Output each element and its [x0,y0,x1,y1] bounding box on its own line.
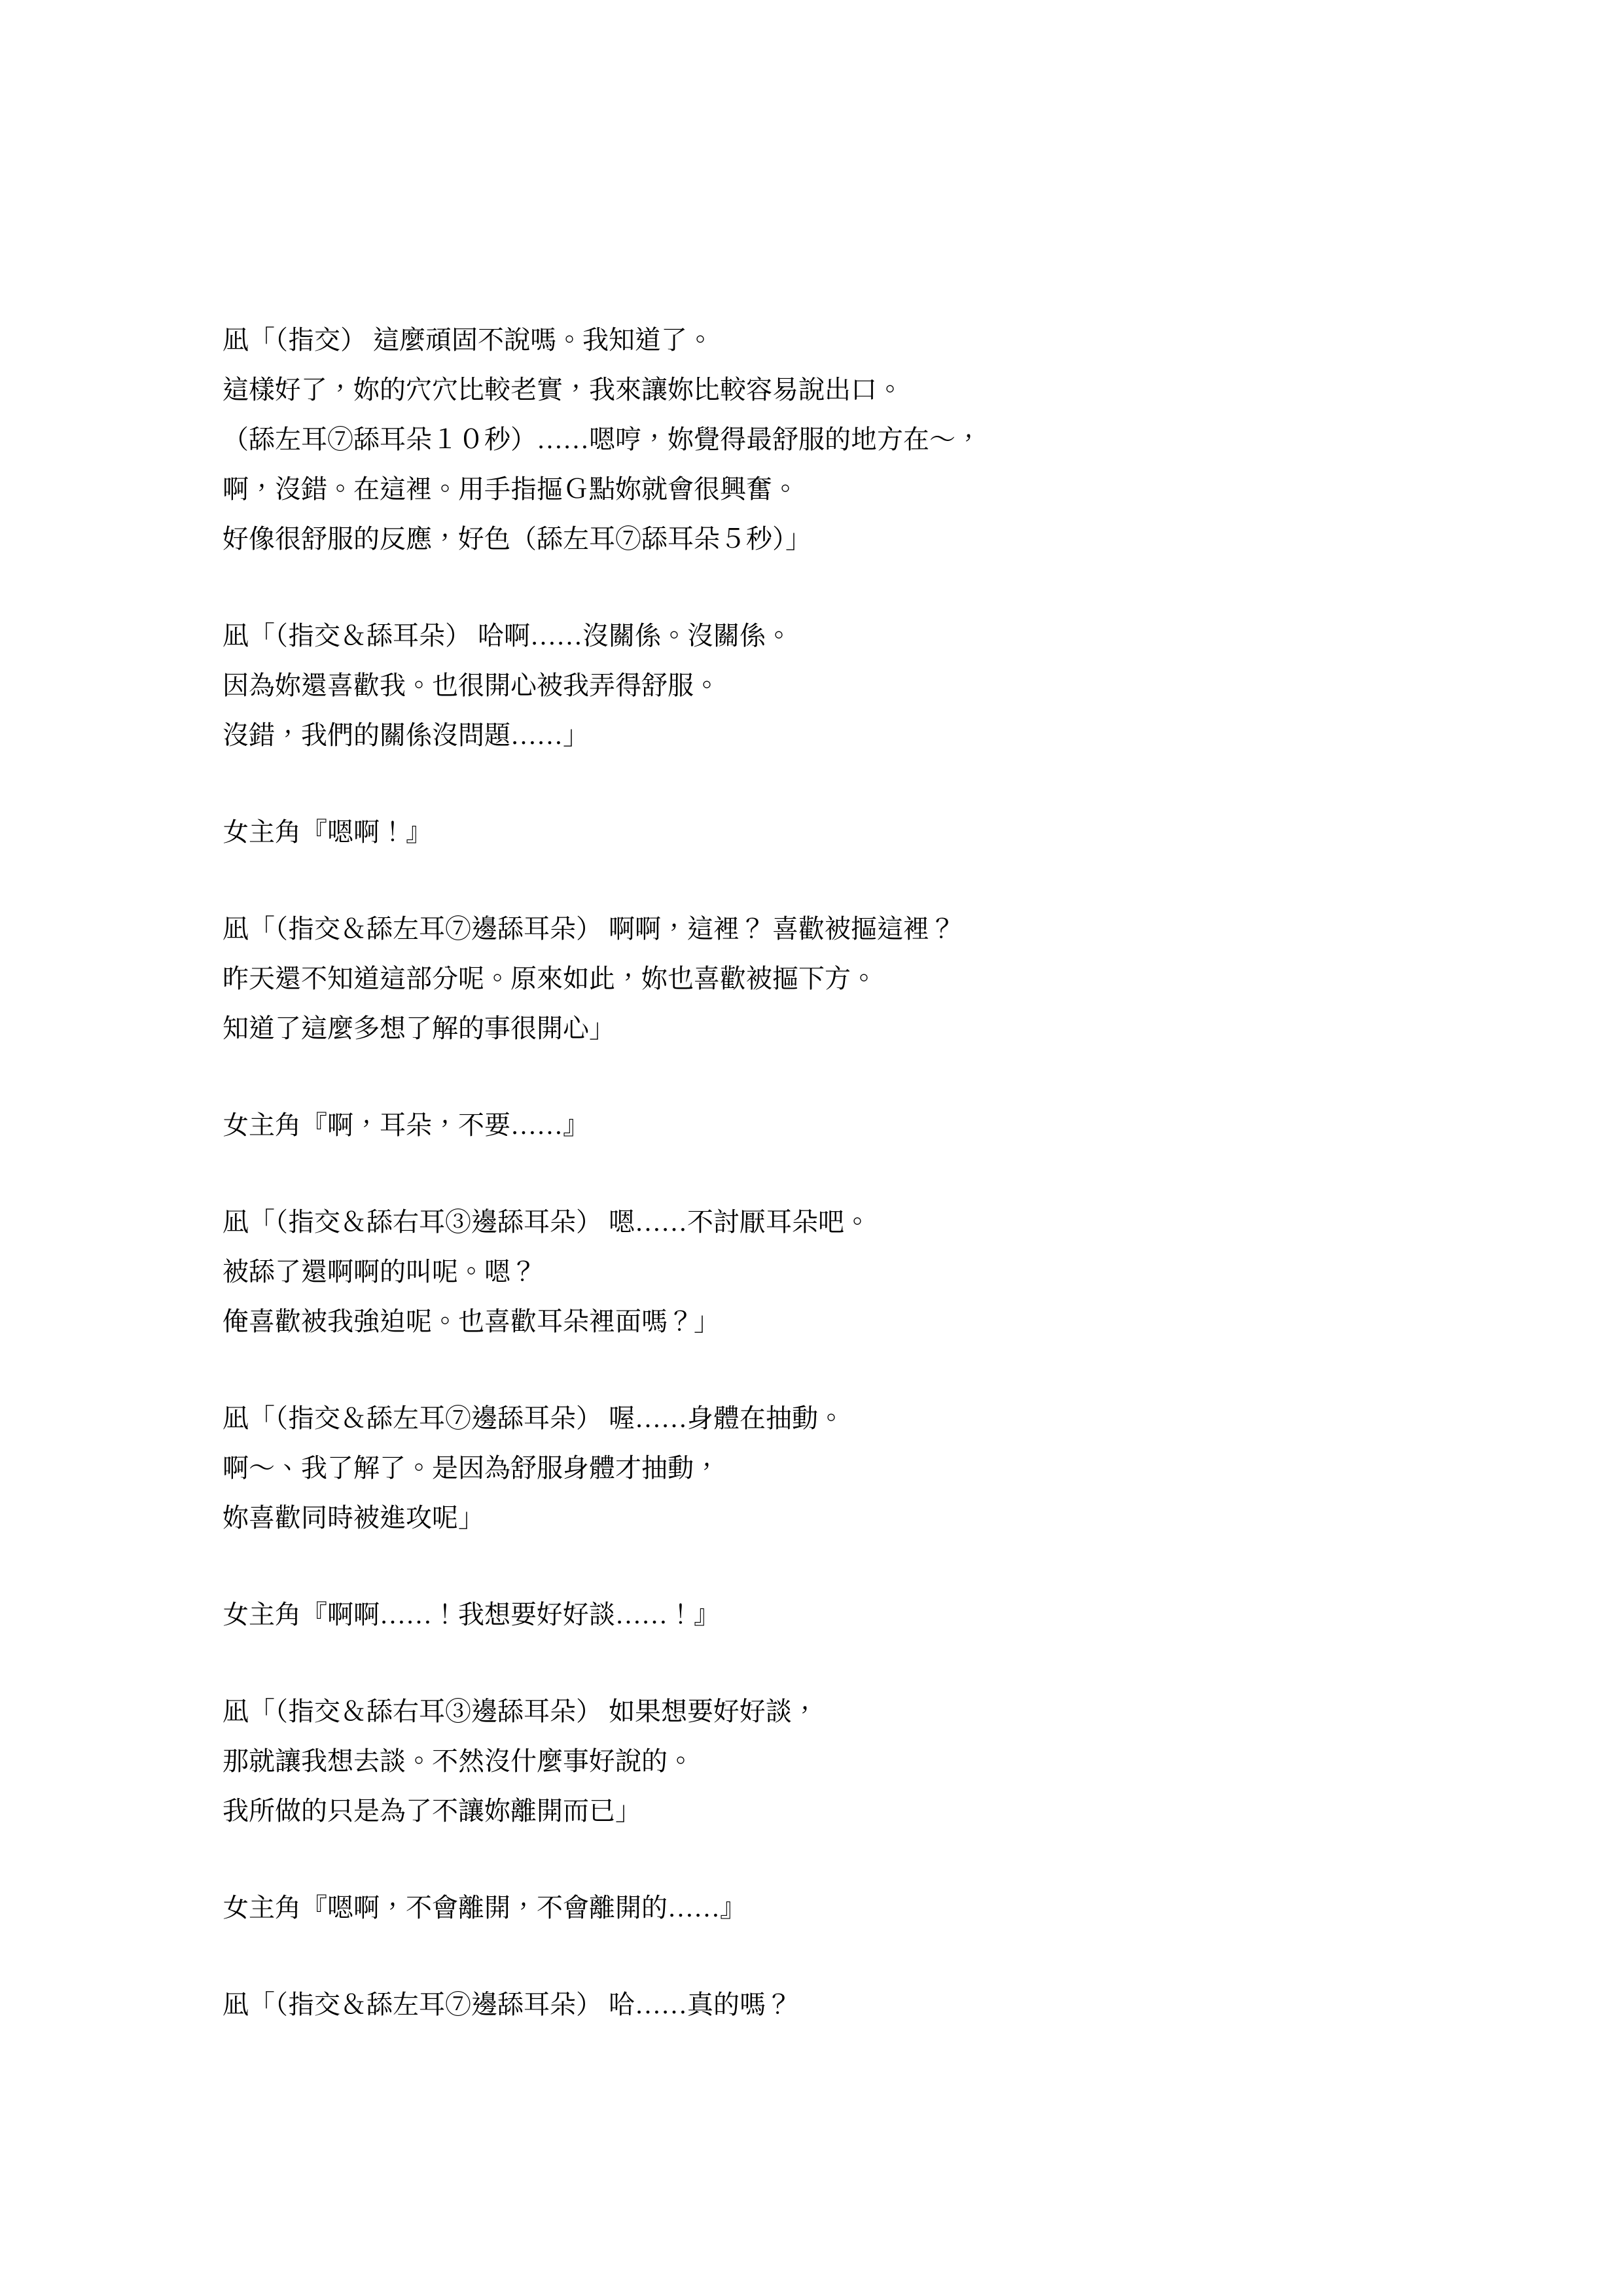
dialogue-line: 我所做的只是為了不讓妳離開而已」 [223,1786,1204,1836]
dialogue-paragraph: 女主角『啊，耳朵，不要……』 [223,1101,1204,1150]
dialogue-line: （舔左耳⑦舔耳朵１０秒）……嗯哼，妳覺得最舒服的地方在～， [223,415,1204,465]
text-content: 凪「（指交） 這麼頑固不說嗎。我知道了。 這樣好了，妳的穴穴比較老實，我來讓妳比… [223,315,1204,2030]
dialogue-line: 俺喜歡被我強迫呢。也喜歡耳朵裡面嗎？」 [223,1297,1204,1347]
dialogue-line: 女主角『嗯啊！』 [223,807,1204,857]
dialogue-paragraph: 凪「（指交＆舔左耳⑦邊舔耳朵） 哈……真的嗎？ [223,1980,1204,2030]
dialogue-line: 凪「（指交＆舔右耳③邊舔耳朵） 嗯……不討厭耳朵吧。 [223,1197,1204,1247]
dialogue-line: 知道了這麼多想了解的事很開心」 [223,1004,1204,1053]
dialogue-paragraph: 凪「（指交＆舔右耳③邊舔耳朵） 嗯……不討厭耳朵吧。 被舔了還啊啊的叫呢。嗯？ … [223,1197,1204,1347]
dialogue-line: 因為妳還喜歡我。也很開心被我弄得舒服。 [223,661,1204,711]
dialogue-line: 凪「（指交） 這麼頑固不說嗎。我知道了。 [223,315,1204,365]
dialogue-line: 凪「（指交＆舔左耳⑦邊舔耳朵） 啊啊，這裡？ 喜歡被摳這裡？ [223,904,1204,954]
dialogue-line: 這樣好了，妳的穴穴比較老實，我來讓妳比較容易說出口。 [223,365,1204,415]
dialogue-line: 妳喜歡同時被進攻呢」 [223,1493,1204,1543]
dialogue-line: 沒錯，我們的關係沒問題……」 [223,711,1204,760]
dialogue-line: 被舔了還啊啊的叫呢。嗯？ [223,1247,1204,1297]
dialogue-paragraph: 凪「（指交＆舔左耳⑦邊舔耳朵） 啊啊，這裡？ 喜歡被摳這裡？ 昨天還不知道這部分… [223,904,1204,1053]
dialogue-line: 女主角『啊，耳朵，不要……』 [223,1101,1204,1150]
dialogue-paragraph: 女主角『嗯啊，不會離開，不會離開的……』 [223,1883,1204,1933]
dialogue-line: 女主角『啊啊……！我想要好好談……！』 [223,1590,1204,1640]
dialogue-paragraph: 女主角『嗯啊！』 [223,807,1204,857]
dialogue-paragraph: 凪「（指交＆舔耳朵） 哈啊……沒關係。沒關係。 因為妳還喜歡我。也很開心被我弄得… [223,611,1204,760]
dialogue-line: 啊～、我了解了。是因為舒服身體才抽動， [223,1443,1204,1493]
dialogue-paragraph: 凪「（指交＆舔右耳③邊舔耳朵） 如果想要好好談， 那就讓我想去談。不然沒什麼事好… [223,1687,1204,1836]
dialogue-paragraph: 凪「（指交＆舔左耳⑦邊舔耳朵） 喔……身體在抽動。 啊～、我了解了。是因為舒服身… [223,1394,1204,1543]
dialogue-line: 啊，沒錯。在這裡。用手指摳Ｇ點妳就會很興奮。 [223,465,1204,514]
dialogue-line: 好像很舒服的反應，好色（舔左耳⑦舔耳朵５秒）」 [223,514,1204,564]
dialogue-line: 那就讓我想去談。不然沒什麼事好說的。 [223,1737,1204,1786]
dialogue-line: 凪「（指交＆舔左耳⑦邊舔耳朵） 哈……真的嗎？ [223,1980,1204,2030]
dialogue-line: 凪「（指交＆舔耳朵） 哈啊……沒關係。沒關係。 [223,611,1204,661]
dialogue-line: 昨天還不知道這部分呢。原來如此，妳也喜歡被摳下方。 [223,954,1204,1004]
dialogue-line: 凪「（指交＆舔右耳③邊舔耳朵） 如果想要好好談， [223,1687,1204,1737]
document-page: 凪「（指交） 這麼頑固不說嗎。我知道了。 這樣好了，妳的穴穴比較老實，我來讓妳比… [0,0,1623,2296]
dialogue-paragraph: 凪「（指交） 這麼頑固不說嗎。我知道了。 這樣好了，妳的穴穴比較老實，我來讓妳比… [223,315,1204,564]
dialogue-line: 凪「（指交＆舔左耳⑦邊舔耳朵） 喔……身體在抽動。 [223,1394,1204,1443]
dialogue-paragraph: 女主角『啊啊……！我想要好好談……！』 [223,1590,1204,1640]
dialogue-line: 女主角『嗯啊，不會離開，不會離開的……』 [223,1883,1204,1933]
